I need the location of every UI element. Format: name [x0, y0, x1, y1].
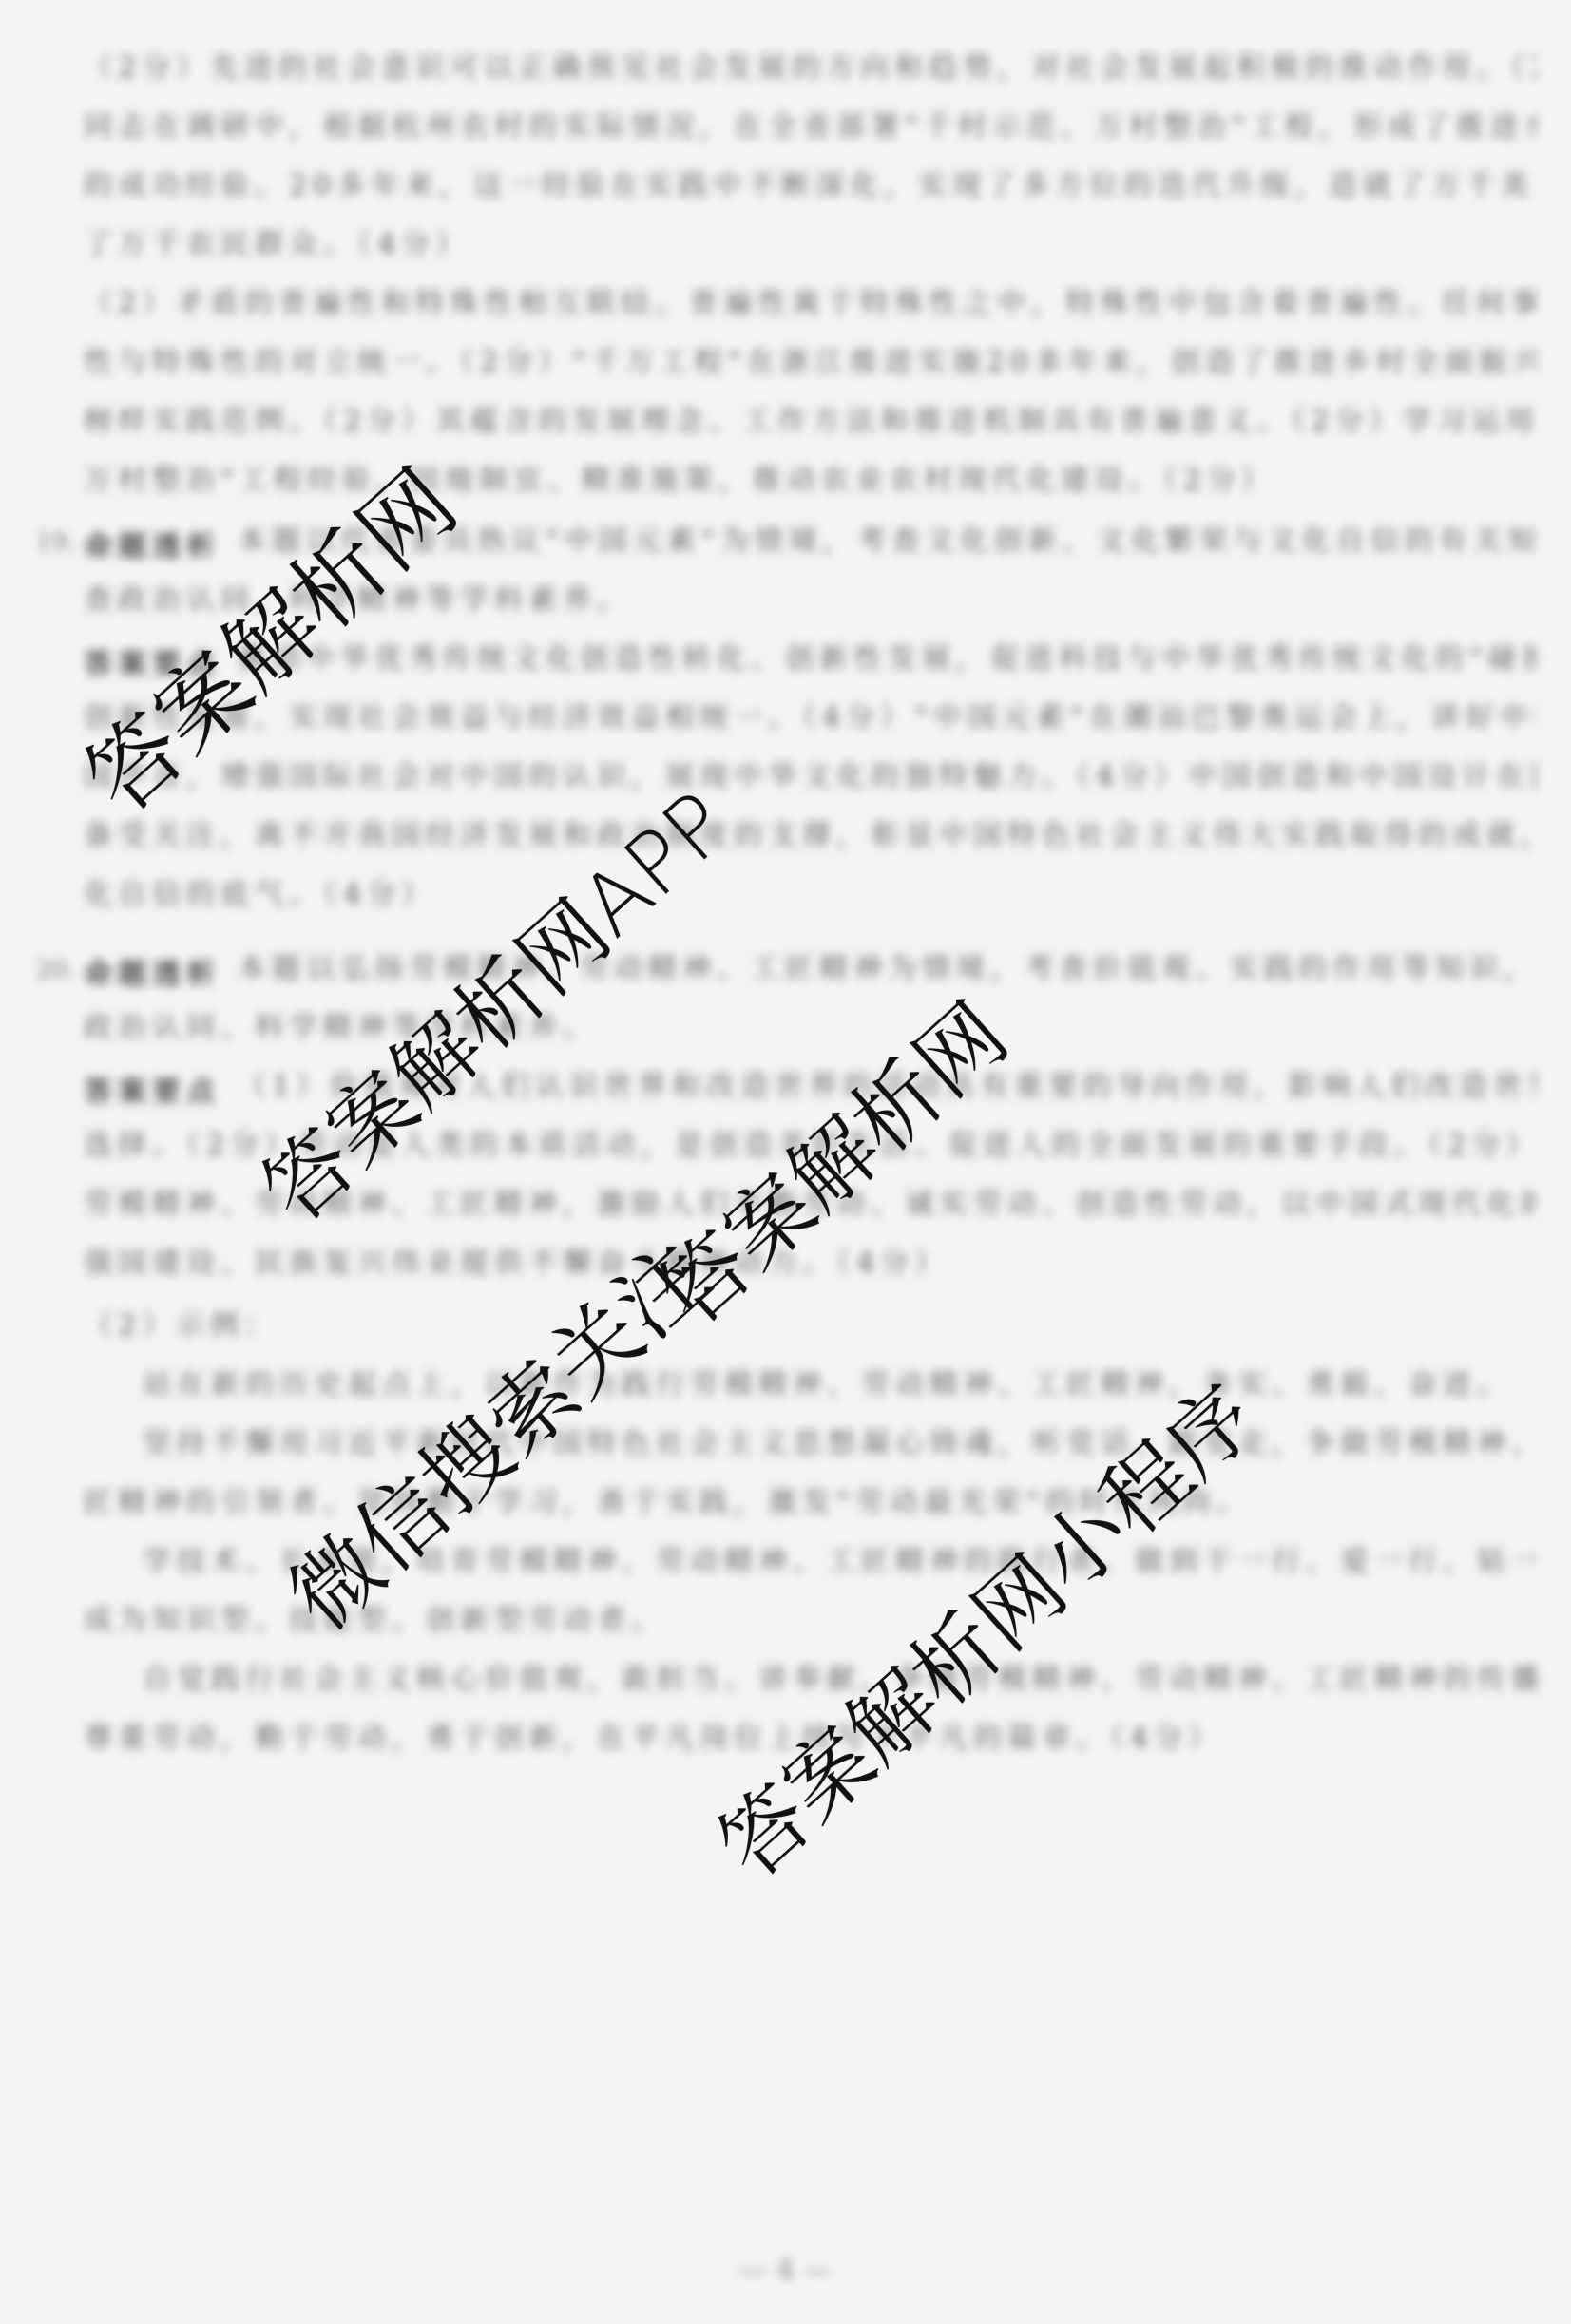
- text-line: （2）矛盾的普遍性和特殊性相互联结。普遍性寓于特殊性之中，特殊性中包含着普遍性。…: [84, 285, 1537, 323]
- text-line: 榜样实践范例。（2分）其蕴含的发展理念、工作方法和推进机制具有普遍意义。（2分）…: [84, 403, 1537, 441]
- text-line: 国声音，增强国际社会对中国的认识，展现中华文化的独特魅力。（4分）中国创造和中国…: [84, 758, 1537, 796]
- page-number: — 4 —: [0, 2254, 1571, 2287]
- text-line: 政治认同、科学精神等学科素养。: [84, 1009, 1537, 1047]
- text-line: 站在新的历史起点上，以新作为践行劳模精神、劳动精神、工匠精神，务实、勇毅、奋进。: [143, 1366, 1537, 1404]
- text-line: 万村整治"工程经验，因地制宜、精准施策，推动农业农村现代化建设。（2分）: [84, 462, 1537, 500]
- text-line: 匠精神的引领者。坚持勤于学习，善于实践，激发"劳动最光荣"的时代风尚。: [84, 1484, 1537, 1522]
- answer-label: 答案要点: [84, 1068, 220, 1110]
- analysis-label: 命题透析: [84, 950, 220, 992]
- text-line: 性与特殊性的对立统一。（2分）"千万工程"在浙江推进实施20多年来，创造了推进乡…: [84, 344, 1537, 382]
- text-line: 创新性发展，实现社会效益与经济效益相统一。（4分）"中国元素"在潮汕巴黎奥运会上…: [84, 699, 1537, 737]
- text-line: 化自信的底气。（4分）: [84, 876, 1537, 914]
- text-line: 备受关注，离不开我国经济发展和政治制度的支撑，彰显中国特色社会主义伟大实践取得的…: [84, 817, 1537, 855]
- text-line: 的成功经验。20多年来，这一经验在实践中不断深化，实现了多方位的迭代升级，造就了…: [84, 167, 1537, 205]
- question-number: 20.: [36, 956, 75, 984]
- text-line: 坚持不懈用习近平新时代中国特色社会主义思想凝心铸魂，听党话、跟党走，争做劳模精神…: [143, 1425, 1537, 1463]
- text-line: 推动中华优秀传统文化创造性转化、创新性发展，促进科技与中华优秀传统文化的"碰撞"…: [238, 640, 1537, 678]
- question-number: 19.: [36, 528, 75, 557]
- text-line: 同志在调研中，根据杭州农村的实际情况，在全省部署"千村示范、万村整治"工程，形成…: [84, 108, 1537, 146]
- essay-heading: （2）示例：: [84, 1307, 1537, 1345]
- document-page: （2分）先进的社会意识可以正确预见社会发展的方向和趋势，对社会发展起积极的推动作…: [0, 0, 1571, 2324]
- text-line: 了万千农民群众。（4分）: [84, 226, 1537, 264]
- analysis-label: 命题透析: [84, 523, 220, 564]
- text-line: （2分）先进的社会意识可以正确预见社会发展的方向和趋势，对社会发展起积极的推动作…: [84, 49, 1537, 87]
